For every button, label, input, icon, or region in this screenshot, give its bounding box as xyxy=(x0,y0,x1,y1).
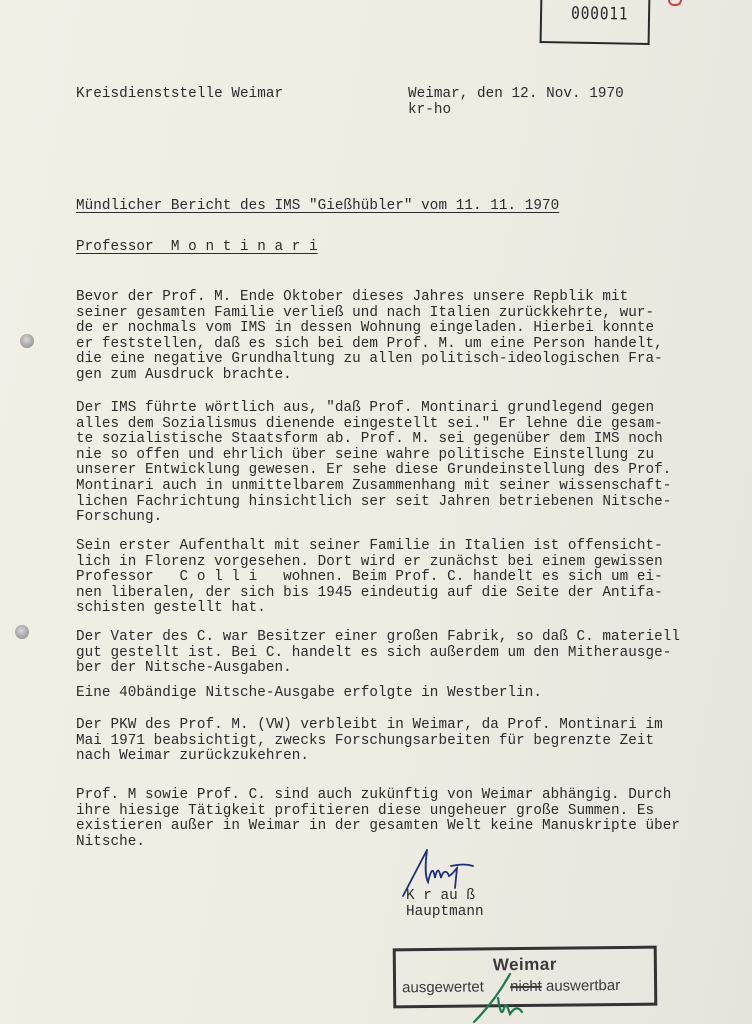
paragraph-line: gut gestellt ist. Bei C. handelt es sich… xyxy=(76,646,746,662)
paragraph-line: nen liberalen, der sich bis 1945 eindeut… xyxy=(76,586,746,602)
paragraph-line: nie so offen und ehrlich über seine wahr… xyxy=(76,448,746,464)
paragraph-line: seiner gesamten Familie verließ und nach… xyxy=(76,306,746,322)
paragraph-line: te sozialistische Staatsform ab. Prof. M… xyxy=(76,432,746,448)
paragraph-1: Bevor der Prof. M. Ende Oktober dieses J… xyxy=(76,290,746,384)
paragraph-line: Mai 1971 beabsichtigt, zwecks Forschungs… xyxy=(76,734,746,750)
green-initials-mark xyxy=(470,968,550,1024)
reference-code: kr-ho xyxy=(408,103,451,119)
paragraph-2: Der IMS führte wörtlich aus, "daß Prof. … xyxy=(76,401,746,526)
paragraph-line: lichen Fachrichtung hinsichtlich ser sei… xyxy=(76,495,746,511)
paragraph-line: unserer Entwicklung gewesen. Er sehe die… xyxy=(76,463,746,479)
paragraph-4: Der Vater des C. war Besitzer einer groß… xyxy=(76,630,746,677)
paragraph-line: die eine negative Grundhaltung zu allen … xyxy=(76,352,746,368)
paragraph-line: lich in Florenz vorgesehen. Dort wird er… xyxy=(76,555,746,571)
paragraph-line: Prof. M sowie Prof. C. sind auch zukünft… xyxy=(76,788,746,804)
punch-hole-upper xyxy=(20,334,34,348)
paragraph-line: Der PKW des Prof. M. (VW) verbleibt in W… xyxy=(76,718,746,734)
paragraph-line: schisten gestellt hat. xyxy=(76,601,746,617)
sender: Kreisdienststelle Weimar xyxy=(76,87,283,103)
paragraph-line: Bevor der Prof. M. Ende Oktober dieses J… xyxy=(76,290,746,306)
archive-number: 000011 xyxy=(571,4,629,25)
paragraph-6: Der PKW des Prof. M. (VW) verbleibt in W… xyxy=(76,718,746,765)
paragraph-line: alles dem Sozialismus dienende eingestel… xyxy=(76,417,746,433)
punch-hole-lower xyxy=(15,625,29,639)
paragraph-line: de er nochmals vom IMS in dessen Wohnung… xyxy=(76,321,746,337)
red-ink-mark xyxy=(668,0,682,6)
paragraph-line: Forschung. xyxy=(76,510,746,526)
paragraph-line: gen zum Ausdruck brachte. xyxy=(76,368,746,384)
stamp-option-rest: auswertbar xyxy=(542,977,621,995)
paragraph-3: Sein erster Aufenthalt mit seiner Famili… xyxy=(76,539,746,617)
paragraph-line: existieren außer in Weimar in der gesamt… xyxy=(76,819,746,835)
report-title: Mündlicher Bericht des IMS "Gießhübler" … xyxy=(76,199,559,215)
paragraph-line: ber der Nitsche-Ausgaben. xyxy=(76,661,746,677)
signature-name: K r au ß xyxy=(406,889,475,905)
paragraph-line: er feststellen, daß es sich bei dem Prof… xyxy=(76,337,746,353)
signature-rank: Hauptmann xyxy=(406,905,484,921)
report-subject: Professor M o n t i n a r i xyxy=(76,240,318,256)
paragraph-line: Montinari auch in unmittelbarem Zusammen… xyxy=(76,479,746,495)
archive-number-stamp: 000011 xyxy=(540,0,651,45)
paragraph-line: Eine 40bändige Nitsche-Ausgabe erfolgte … xyxy=(76,686,746,702)
paragraph-line: ihre hiesige Tätigkeit profitieren diese… xyxy=(76,804,746,820)
paragraph-line: nach Weimar zurückzukehren. xyxy=(76,749,746,765)
paragraph-line: Sein erster Aufenthalt mit seiner Famili… xyxy=(76,539,746,555)
paragraph-line: Der IMS führte wörtlich aus, "daß Prof. … xyxy=(76,401,746,417)
paragraph-5: Eine 40bändige Nitsche-Ausgabe erfolgte … xyxy=(76,686,746,702)
paragraph-line: Der Vater des C. war Besitzer einer groß… xyxy=(76,630,746,646)
place-date: Weimar, den 12. Nov. 1970 xyxy=(408,87,624,103)
paragraph-line: Professor C o l l i wohnen. Beim Prof. C… xyxy=(76,570,746,586)
